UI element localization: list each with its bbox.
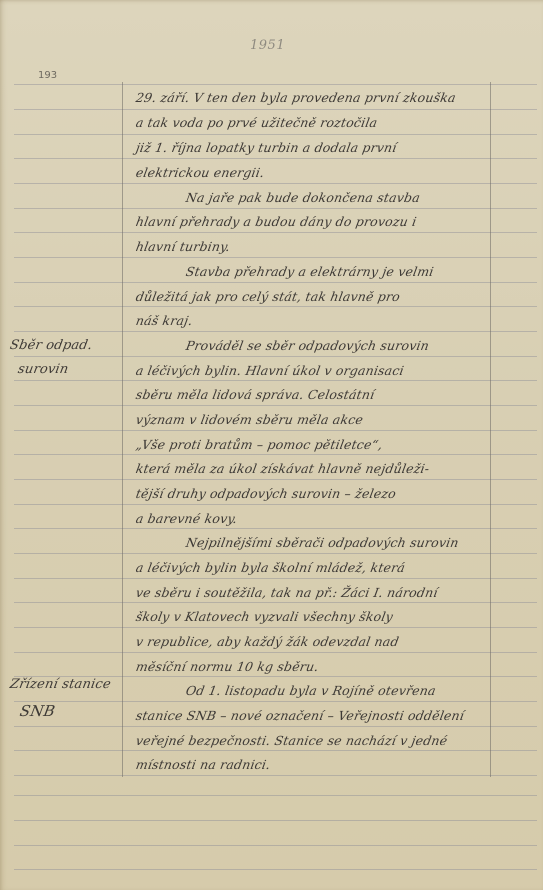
text-line: Stavba přehrady a elektrárny je velmi [185, 264, 435, 279]
rule-line [14, 652, 537, 653]
rule-line [14, 356, 537, 357]
rule-line [14, 306, 537, 307]
margin-note-title: Zřízení stanice [9, 677, 112, 692]
rule-line [14, 578, 537, 579]
text-line: Od 1. listopadu byla v Rojíně otevřena [185, 683, 437, 698]
rule-line [14, 454, 537, 455]
rule-line [14, 208, 537, 209]
text-line: náš kraj. [135, 313, 194, 328]
right-margin-line [490, 82, 491, 777]
text-line: ve sběru i soutěžila, tak na př.: Žáci I… [135, 585, 439, 600]
rule-line [14, 845, 537, 846]
text-line: místnosti na radnici. [135, 757, 272, 772]
rule-line [14, 158, 537, 159]
rule-line [14, 380, 537, 381]
text-line: elektrickou energii. [135, 165, 266, 180]
rule-line [14, 405, 537, 406]
rule-line [14, 701, 537, 702]
text-line: měsíční normu 10 kg sběru. [135, 659, 320, 674]
text-line: veřejné bezpečnosti. Stanice se nachází … [135, 733, 449, 748]
margin-note-title: surovin [17, 362, 70, 377]
rule-line [14, 232, 537, 233]
rule-line [14, 627, 537, 628]
rule-line [14, 775, 537, 776]
rule-line [14, 479, 537, 480]
rule-line [14, 726, 537, 727]
text-line: v republice, aby každý žák odevzdal nad [135, 634, 400, 649]
rule-line [14, 795, 537, 796]
rule-line [14, 134, 537, 135]
rule-line [14, 257, 537, 258]
text-line: již 1. října lopatky turbin a dodala prv… [135, 140, 398, 155]
text-line: a léčivých bylin byla školní mládež, kte… [135, 560, 407, 575]
margin-note-title: SNB [18, 702, 56, 720]
text-line: tější druhy odpadových surovin – železo [135, 486, 398, 501]
rule-line [14, 282, 537, 283]
rule-line [14, 820, 537, 821]
text-line: hlavní turbiny. [135, 239, 232, 254]
rule-line [14, 528, 537, 529]
rule-line [14, 84, 537, 85]
text-line: sběru měla lidová správa. Celostátní [135, 387, 376, 402]
rule-line [14, 109, 537, 110]
text-line: hlavní přehrady a budou dány do provozu … [135, 214, 418, 229]
margin-note-title: Sběr odpad. [9, 338, 94, 353]
rule-line [14, 869, 537, 870]
text-line: Prováděl se sběr odpadových surovin [185, 338, 431, 353]
text-line: a léčivých bylin. Hlavní úkol v organisa… [135, 363, 406, 378]
text-line: a barevné kovy. [135, 511, 239, 526]
left-margin-line [122, 82, 123, 777]
text-line: význam v lidovém sběru měla akce [135, 412, 365, 427]
rule-line [14, 750, 537, 751]
year-header: 1951 [250, 38, 285, 53]
text-line: důležitá jak pro celý stát, tak hlavně p… [135, 289, 402, 304]
rule-line [14, 504, 537, 505]
rule-line [14, 331, 537, 332]
text-line: která měla za úkol získávat hlavně nejdů… [135, 461, 431, 476]
text-line: „Vše proti bratům – pomoc pětiletce“, [135, 437, 384, 452]
text-line: Na jaře pak bude dokončena stavba [185, 190, 422, 205]
page-number: 193 [38, 70, 57, 81]
text-line: a tak voda po prvé užitečně roztočila [135, 115, 379, 130]
text-line: školy v Klatovech vyzvali všechny školy [135, 609, 395, 624]
rule-line [14, 430, 537, 431]
text-line: Nejpilnějšími sběrači odpadových surovin [185, 535, 460, 550]
text-line: 29. září. V ten den byla provedena první… [135, 90, 457, 105]
chronicle-page: 1951 193 [0, 0, 543, 890]
text-line: stanice SNB – nové označení – Veřejnosti… [135, 708, 466, 723]
rule-line [14, 183, 537, 184]
rule-line [14, 553, 537, 554]
rule-line [14, 602, 537, 603]
